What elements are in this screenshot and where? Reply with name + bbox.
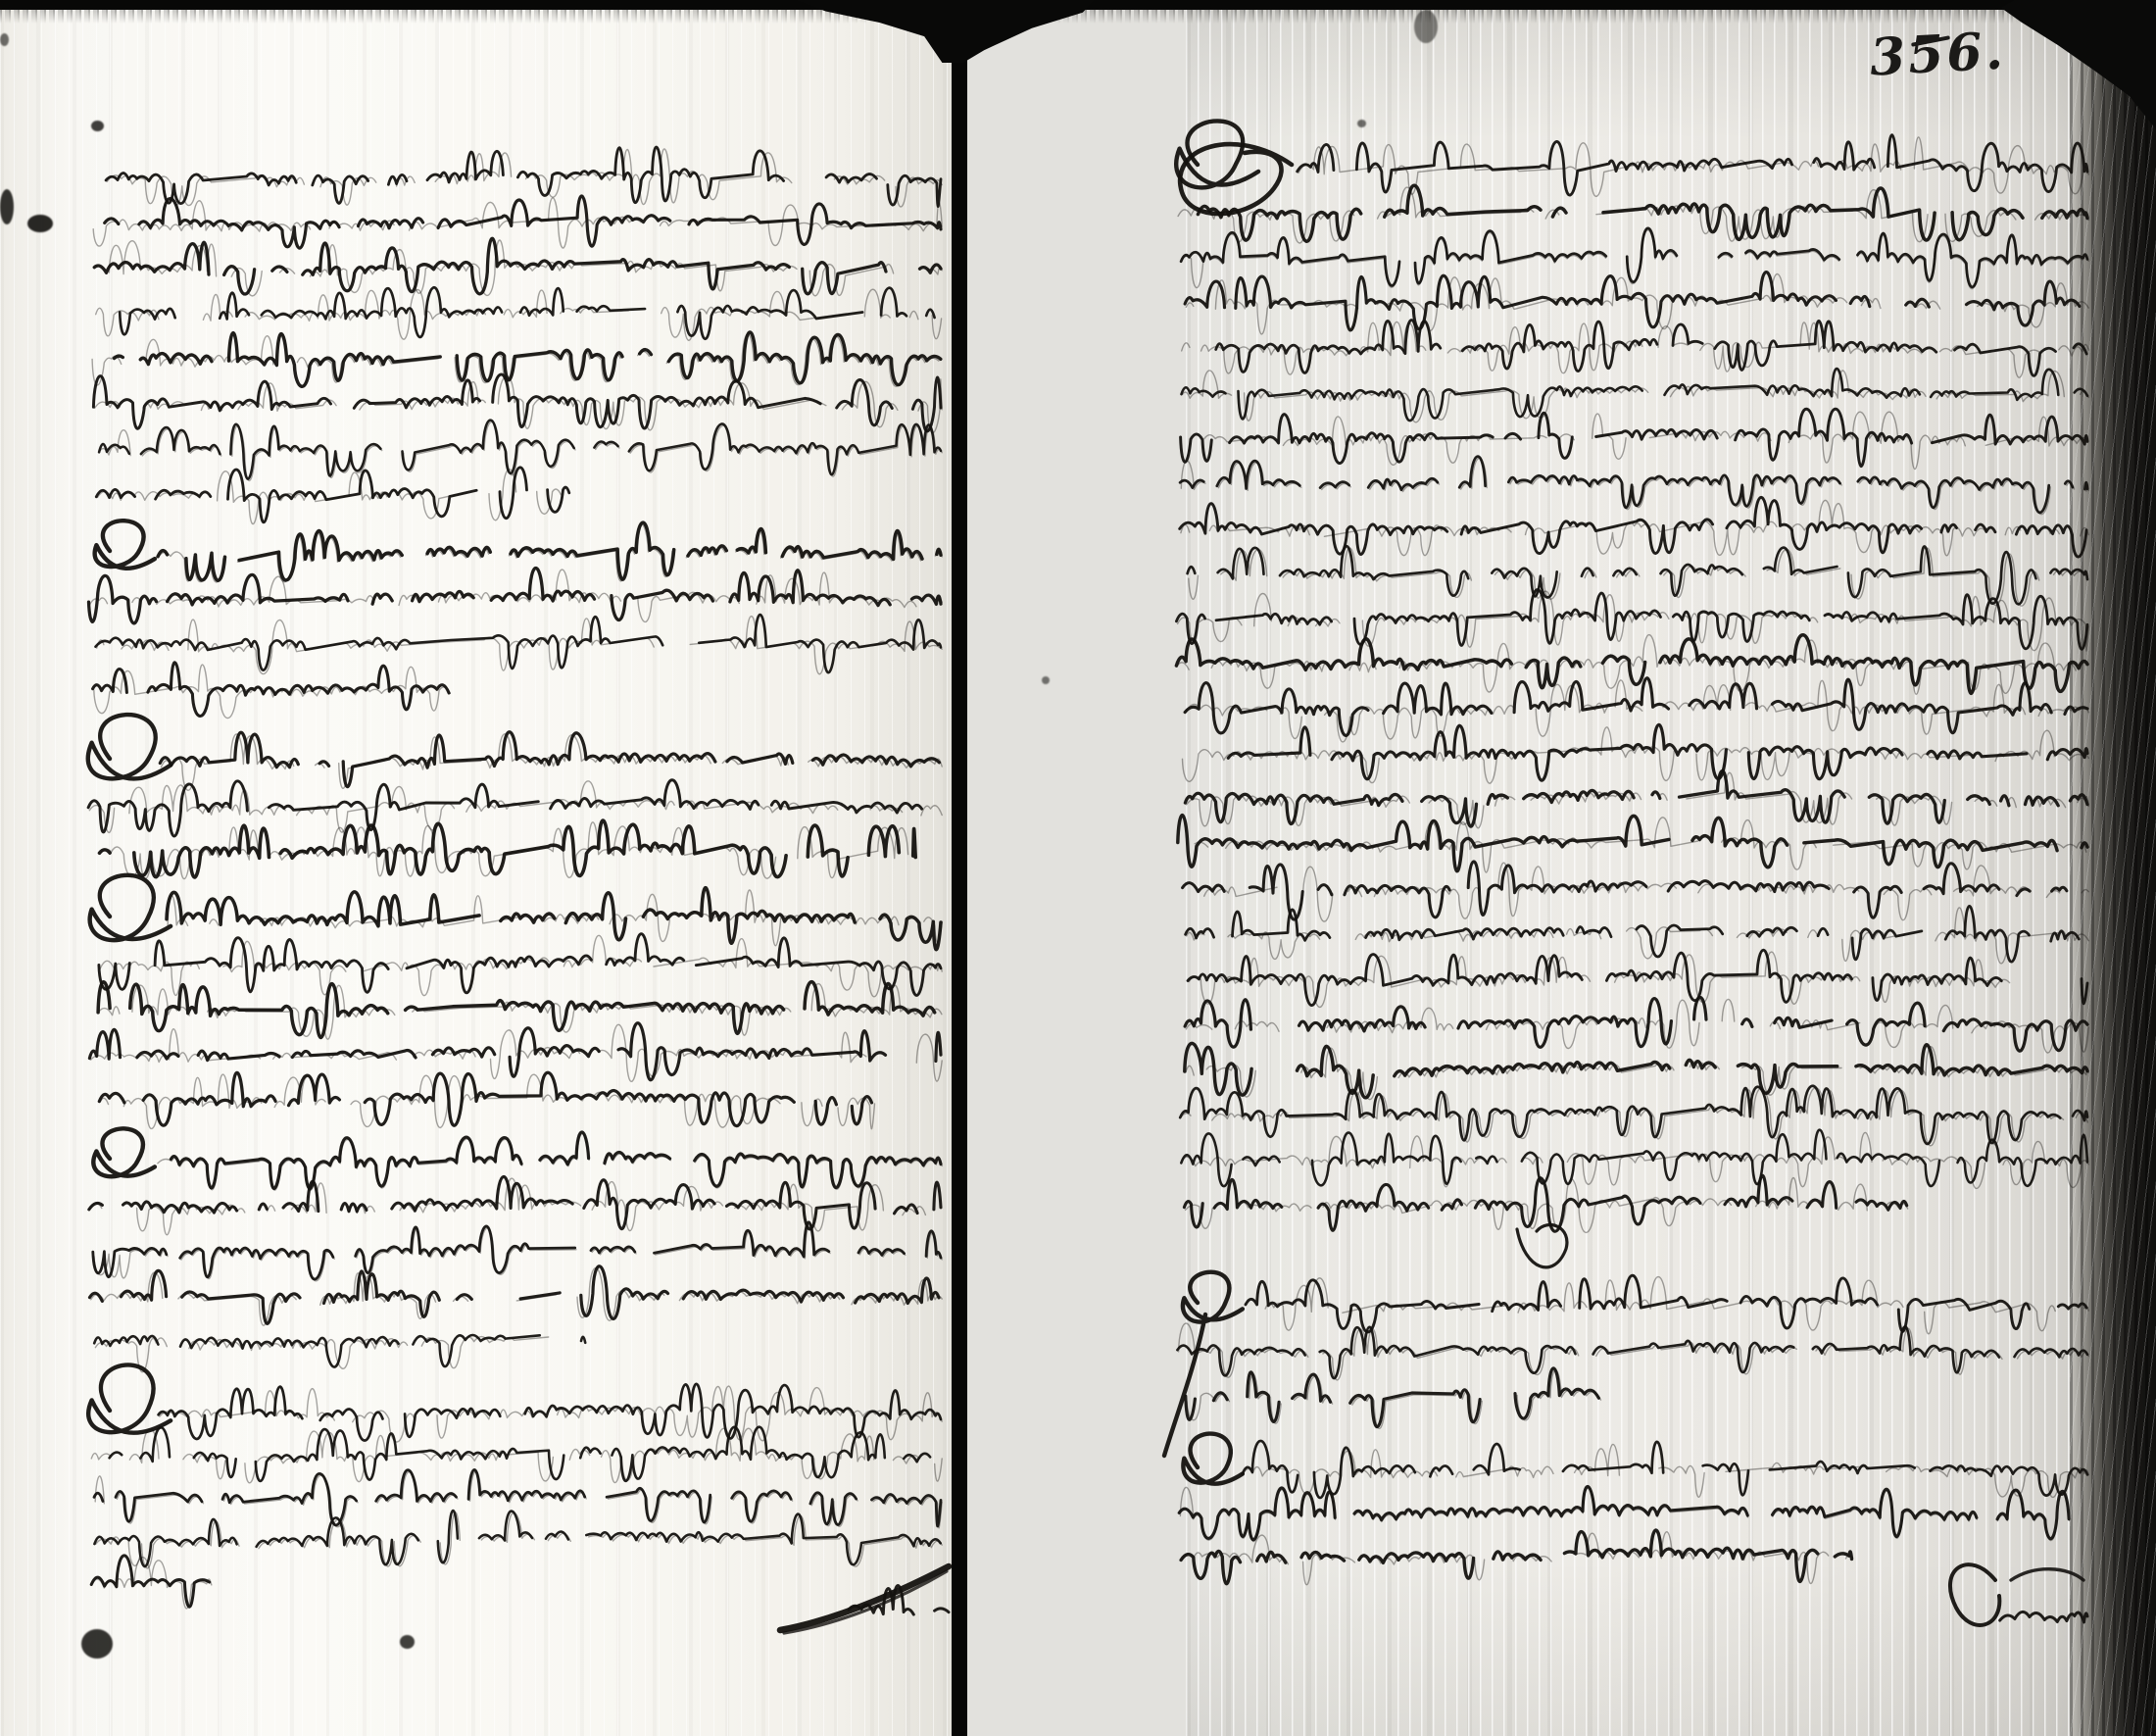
ink-blot [81, 1629, 113, 1659]
manuscript-paragraph [92, 147, 942, 523]
handwriting-line [99, 1072, 871, 1125]
right-page-text [1164, 121, 2088, 1584]
handwriting-line-bleed [1181, 500, 2088, 555]
handwriting-line-bleed [1183, 371, 2089, 422]
manuscript-paragraph [1164, 1272, 2088, 1456]
handwriting-line [1216, 320, 2087, 375]
handwriting-line [100, 820, 916, 877]
manuscript-paragraph [88, 715, 942, 879]
handwriting-line-bleed [94, 1224, 942, 1281]
handwriting-line [1182, 369, 2088, 421]
manuscript-paragraph [88, 1364, 942, 1609]
handwriting-line-bleed [158, 1134, 942, 1191]
handwriting-line [115, 332, 941, 386]
handwriting-line-bleed [1244, 1444, 2088, 1497]
manuscript-paragraph [89, 875, 942, 1129]
initial-flourish [88, 715, 171, 778]
handwriting-layer [0, 0, 2156, 1736]
manuscript-paragraph [1179, 1434, 2088, 1585]
left-page-text [88, 147, 942, 1609]
opening-flourish [1180, 144, 1292, 214]
handwriting-line [106, 147, 941, 206]
handwriting-line [96, 615, 942, 672]
initial-flourish [90, 875, 171, 940]
manuscript-paragraph [1176, 121, 2088, 1232]
catchword-flourish [1950, 1564, 2087, 1625]
handwriting-line [1180, 1086, 2087, 1144]
catchword-word [2000, 1612, 2087, 1622]
handwriting-line [1176, 590, 2087, 650]
initial-flourish [1183, 1434, 1243, 1484]
ink-blot [0, 33, 9, 46]
handwriting-line [1179, 1486, 2087, 1539]
handwriting-line [158, 522, 941, 580]
handwriting-line-bleed [1183, 727, 2089, 783]
catchword-initial [1950, 1564, 1999, 1625]
manuscript-paragraph [89, 1128, 942, 1371]
handwriting-line [1188, 950, 2087, 1005]
handwriting-line [1181, 409, 2087, 466]
handwriting-line-bleed [1181, 1088, 2087, 1146]
ink-blot [91, 121, 104, 131]
flourish-stroke [1517, 1225, 1567, 1267]
handwriting-line [89, 1023, 941, 1080]
handwriting-line-bleed [101, 822, 917, 879]
ink-blot [0, 189, 14, 224]
handwriting-line [1180, 457, 2087, 513]
ink-blot [27, 215, 53, 232]
handwriting-line [93, 1222, 941, 1279]
handwriting-line [1186, 1368, 1599, 1427]
ink-blot [1357, 120, 1366, 127]
handwriting-line-bleed [92, 334, 942, 387]
manuscript-scan: 356. [0, 0, 2156, 1736]
handwriting-line-bleed [92, 1558, 211, 1609]
catchword-flourish [780, 1566, 949, 1633]
handwriting-line [93, 374, 941, 431]
ink-blot [400, 1635, 415, 1649]
handwriting-line-bleed [1189, 548, 2087, 606]
handwriting-line [1185, 1043, 2087, 1097]
handwriting-line-bleed [1187, 908, 2088, 964]
handwriting-line-bleed [1182, 1532, 1852, 1585]
catchword-arc [2011, 1569, 2083, 1580]
initial-flourish [88, 1364, 171, 1432]
initial-flourish [93, 1128, 155, 1176]
handwriting-line [1228, 724, 2087, 780]
ink-blot [1414, 10, 1438, 43]
ink-blot [1042, 676, 1050, 684]
swash-stroke [780, 1566, 949, 1630]
handwriting-line [1181, 1130, 2087, 1186]
handwriting-line [1177, 1326, 2087, 1378]
handwriting-line [99, 421, 941, 479]
handwriting-line [94, 1335, 585, 1367]
paragraph-end-flourish [1517, 1225, 1567, 1267]
initial-flourish [95, 521, 155, 569]
handwriting-line [1243, 1441, 2087, 1498]
handwriting-line-bleed [1178, 635, 2089, 695]
handwriting-line-bleed [1183, 1132, 2089, 1188]
handwriting-line-bleed [1178, 591, 2089, 651]
manuscript-paragraph [89, 521, 943, 718]
